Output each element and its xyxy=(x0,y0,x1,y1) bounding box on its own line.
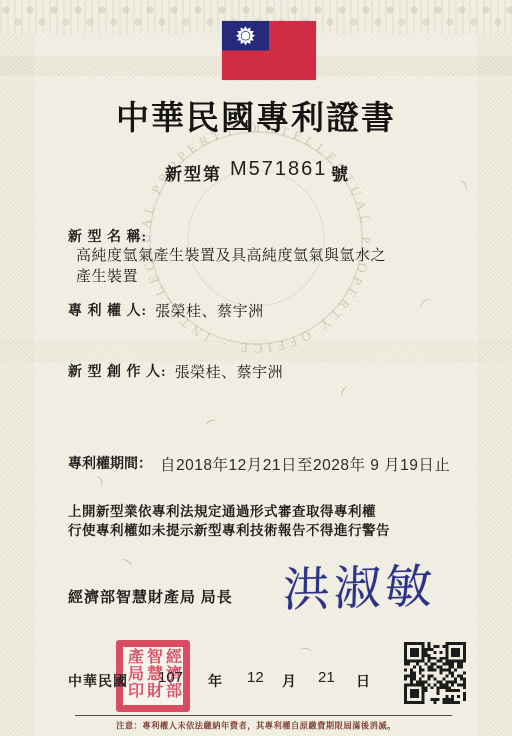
security-fiber xyxy=(340,385,352,399)
cert-no-prefix: 新型第 xyxy=(165,160,222,185)
field-label: 專利權期間： xyxy=(68,453,152,473)
field-label: 新 型 創 作 人: xyxy=(68,361,167,381)
field-value: 自2018年12月21日至2028年 9 月19日止 xyxy=(160,453,450,475)
security-fiber xyxy=(119,557,133,570)
date-day-unit: 日 xyxy=(356,671,370,691)
footer-rule xyxy=(75,715,452,716)
field-patent-term: 專利權期間： 自2018年12月21日至2028年 9 月19日止 xyxy=(68,453,450,475)
field-value: 張榮桂、蔡宇洲 xyxy=(155,300,264,321)
field-value: 張榮桂、蔡宇洲 xyxy=(175,361,284,382)
patent-certificate-page: INTELLECTUAL PROPERTY OFFICE · INTELLECT… xyxy=(0,0,512,736)
date-month: 12 xyxy=(247,669,264,686)
legal-notice-line: 上開新型業依專利法規定通過形式審查取得專利權 xyxy=(68,503,390,522)
issue-date-row: 中華民國 107 年 12 月 21 日 xyxy=(0,668,512,690)
cert-no-value: M571861 xyxy=(230,158,327,181)
security-fiber xyxy=(205,418,219,430)
legal-notice-line: 行使專利權如未提示新型專利技術報告不得進行警告 xyxy=(68,522,390,541)
issuer-title: 經濟部智慧財產局 局長 xyxy=(68,586,233,607)
date-day: 21 xyxy=(318,669,335,686)
security-fiber xyxy=(419,297,433,311)
field-value: 高純度氫氣產生裝置及具高純度氫氣與氫水之產生裝置 xyxy=(76,246,398,288)
field-invention-name: 新 型 名 稱: 高純度氫氣產生裝置及具高純度氫氣與氫水之產生裝置 xyxy=(68,226,468,288)
lattice-border-left xyxy=(0,34,34,736)
director-signature: 洪淑敏 xyxy=(282,549,454,621)
field-patentee: 專 利 權 人: 張榮桂、蔡宇洲 xyxy=(68,300,264,321)
field-label: 專 利 權 人: xyxy=(68,300,147,320)
date-year: 107 xyxy=(158,669,183,686)
lattice-strip-middle xyxy=(0,340,512,362)
certificate-title: 中華民國專利證書 xyxy=(0,92,512,139)
taiwan-flag-icon xyxy=(222,21,316,80)
date-year-unit: 年 xyxy=(208,671,222,691)
field-label: 新 型 名 稱: xyxy=(68,226,147,246)
footnote: 注意：專利權人未依法繳納年費者，其專利權自原繳費期限屆滿後消滅。 xyxy=(20,720,491,732)
date-era: 中華民國 xyxy=(68,671,128,691)
date-month-unit: 月 xyxy=(282,671,296,691)
legal-notice: 上開新型業依專利法規定通過形式審查取得專利權 行使專利權如未提示新型專利技術報告… xyxy=(68,503,390,540)
lattice-border-right xyxy=(478,34,512,736)
certificate-number-row: 新型第 M571861 號 xyxy=(0,158,512,182)
security-fiber xyxy=(92,475,104,489)
security-fiber xyxy=(299,647,312,657)
field-creator: 新 型 創 作 人: 張榮桂、蔡宇洲 xyxy=(68,361,283,382)
cert-no-suffix: 號 xyxy=(331,160,348,185)
